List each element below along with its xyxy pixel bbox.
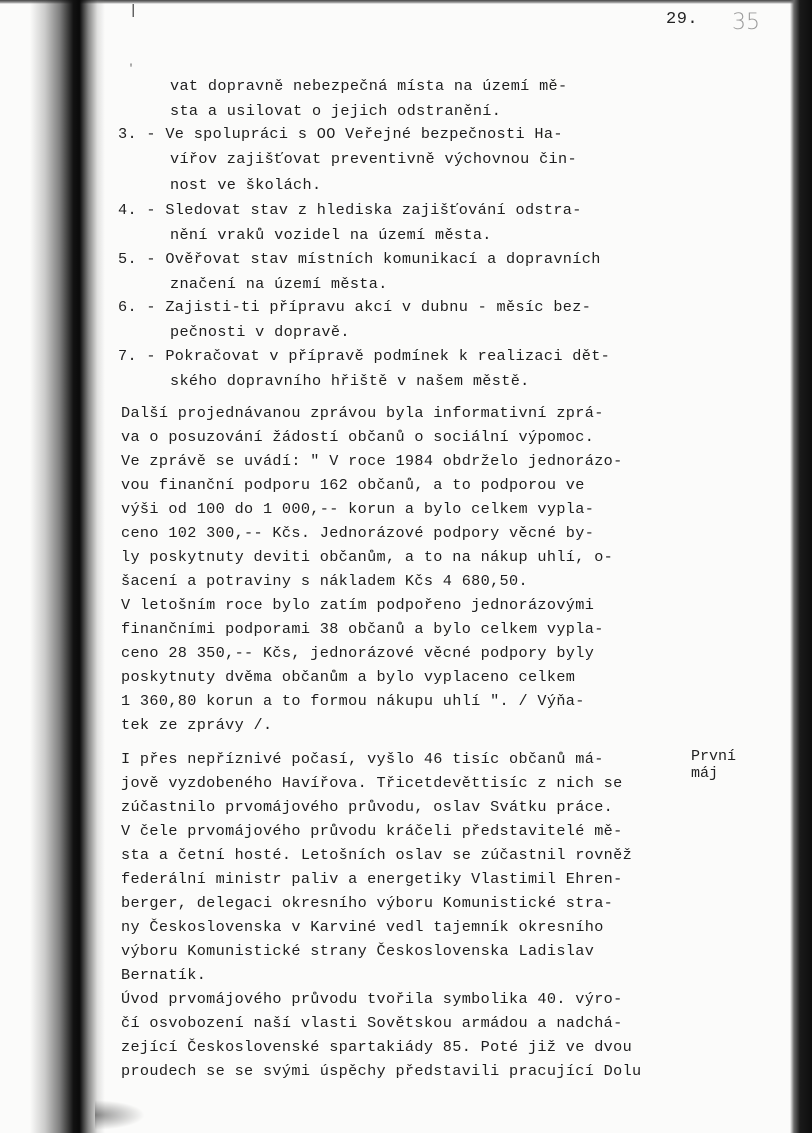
scan-top-edge (0, 0, 812, 4)
text-line: ceno 28 350,-- Kčs, jednorázové věcné po… (121, 643, 594, 663)
archive-folio-number: 35 (732, 10, 760, 35)
scan-right-edge (790, 0, 812, 1133)
binding-shadow (30, 0, 105, 1133)
stray-mark: ' (128, 64, 134, 75)
page-number: 29. (666, 10, 698, 29)
text-line: va o posuzování žádostí občanů o sociáln… (121, 427, 594, 447)
text-line: nění vraků vozidel na území města. (170, 225, 492, 245)
text-line: V čele prvomájového průvodu kráčeli před… (121, 821, 623, 841)
margin-note: První máj (691, 748, 736, 782)
list-item-line: 3. - Ve spolupráci s OO Veřejné bezpečno… (118, 124, 563, 144)
text-line: I přes nepříznivé počasí, vyšlo 46 tisíc… (121, 749, 604, 769)
text-line: Bernatík. (121, 965, 206, 985)
list-item-line: 6. - Zajisti-ti přípravu akcí v dubnu - … (118, 297, 591, 317)
list-item-line: 7. - Pokračovat v přípravě podmínek k re… (118, 346, 610, 366)
text-line: značení na území města. (170, 274, 388, 294)
text-line: ského dopravního hřiště v našem městě. (170, 371, 530, 391)
text-line: šacení a potraviny s nákladem Kčs 4 680,… (121, 571, 528, 591)
text-line: berger, delegaci okresního výboru Komuni… (121, 893, 613, 913)
text-line: 1 360,80 korun a to formou nákupu uhlí "… (121, 691, 585, 711)
text-line: sta a usilovat o jejich odstranění. (170, 101, 501, 121)
text-line: výši od 100 do 1 000,-- korun a bylo cel… (121, 499, 594, 519)
text-line: ny Československa v Karviné vedl tajemní… (121, 917, 604, 937)
text-line: ly poskytnuty deviti občanům, a to na ná… (121, 547, 613, 567)
text-line: ceno 102 300,-- Kčs. Jednorázové podpory… (121, 523, 594, 543)
text-line: Úvod prvomájového průvodu tvořila symbol… (121, 989, 623, 1009)
list-item-line: 4. - Sledovat stav z hlediska zajišťován… (118, 200, 582, 220)
text-line: vou finanční podporu 162 občanů, a to po… (121, 475, 585, 495)
text-line: Další projednávanou zprávou byla informa… (121, 403, 604, 423)
list-item-line: 5. - Ověřovat stav místních komunikací a… (118, 249, 601, 269)
text-line: tek ze zprávy /. (121, 715, 272, 735)
text-line: sta a četní hosté. Letošních oslav se zú… (121, 845, 632, 865)
text-line: zející Československé spartakiády 85. Po… (121, 1037, 632, 1057)
text-line: poskytnuty dvěma občanům a bylo vyplacen… (121, 667, 575, 687)
text-line: finančními podporami 38 občanů a bylo ce… (121, 619, 604, 639)
text-line: federální ministr paliv a energetiky Vla… (121, 869, 623, 889)
text-line: zúčastnilo prvomájového průvodu, oslav S… (121, 797, 613, 817)
text-line: nost ve školách. (170, 175, 321, 195)
hole-punch-mark: | (129, 3, 137, 19)
text-line: vat dopravně nebezpečná místa na území m… (170, 76, 568, 96)
text-line: vířov zajišťovat preventivně výchovnou č… (170, 149, 577, 169)
text-line: výboru Komunistické strany Československ… (121, 941, 594, 961)
text-line: V letošním roce bylo zatím podpořeno jed… (121, 595, 594, 615)
text-line: jově vyzdobeného Havířova. Třicetdevětti… (121, 773, 623, 793)
text-line: čí osvobození naší vlasti Sovětskou armá… (121, 1013, 623, 1033)
text-line: proudech se se svými úspěchy představili… (121, 1061, 642, 1081)
scan-smudge (95, 1100, 145, 1130)
text-line: pečnosti v dopravě. (170, 322, 350, 342)
text-line: Ve zprávě se uvádí: " V roce 1984 obdrže… (121, 451, 623, 471)
